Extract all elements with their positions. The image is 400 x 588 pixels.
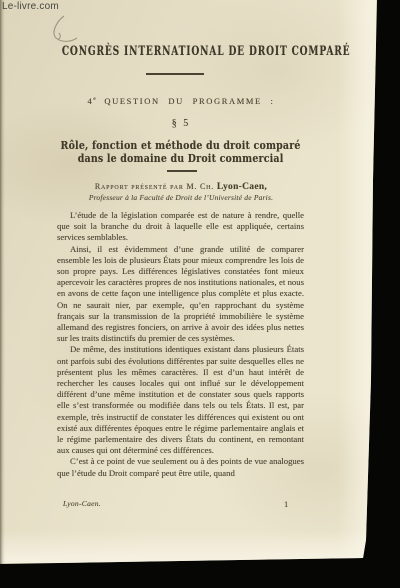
body-paragraph: L’étude de la législation comparée est d… xyxy=(57,210,304,244)
author-affiliation: Professeur à la Faculté de Droit de l’Un… xyxy=(0,193,362,202)
presented-by-prefix: Rapport présenté par M. Ch. xyxy=(95,182,217,191)
question-label: QUESTION DU PROGRAMME : xyxy=(96,96,275,106)
section-paragraph-mark: § 5 xyxy=(0,118,362,129)
scanned-page: CONGRÈS INTERNATIONAL DE DROIT COMPARÉ 4… xyxy=(0,0,400,588)
title-divider-rule xyxy=(146,73,204,75)
footer-page-number: 1 xyxy=(284,499,288,509)
report-title-line2: dans le domaine du Droit commercial xyxy=(0,152,362,165)
seller-watermark: Le-livre.com xyxy=(2,1,59,12)
body-paragraph: C’est à ce point de vue seulement ou à d… xyxy=(57,456,304,478)
body-paragraph: Ainsi, il est évidemment d’une grande ut… xyxy=(57,244,304,345)
subtitle-divider-rule xyxy=(167,170,197,172)
body-text-column: L’étude de la législation comparée est d… xyxy=(57,210,304,479)
author-name: Lyon-Caen, xyxy=(217,182,267,192)
scanned-book-photo: { "watermark": "Le-livre.com", "banner":… xyxy=(0,0,400,588)
report-title-line1: Rôle, fonction et méthode du droit compa… xyxy=(0,139,362,152)
programme-question-heading: 4e QUESTION DU PROGRAMME : xyxy=(0,96,362,106)
congress-title-text: CONGRÈS INTERNATIONAL DE DROIT COMPARÉ xyxy=(62,44,351,59)
body-paragraph: De même, des institutions identiques exi… xyxy=(57,344,304,456)
presented-by-line: Rapport présenté par M. Ch. Lyon-Caen, xyxy=(0,182,362,192)
page-content: CONGRÈS INTERNATIONAL DE DROIT COMPARÉ 4… xyxy=(0,0,362,588)
congress-title: CONGRÈS INTERNATIONAL DE DROIT COMPARÉ xyxy=(0,44,362,59)
footer-signature: Lyon-Caen. xyxy=(63,499,101,508)
